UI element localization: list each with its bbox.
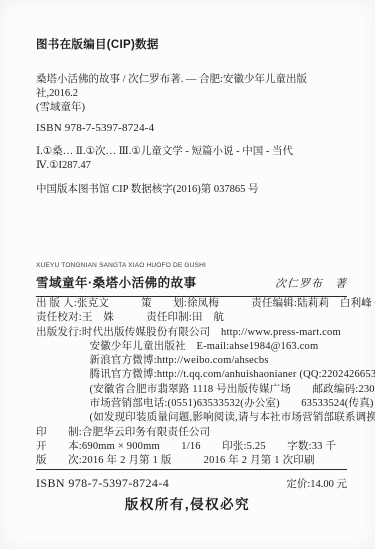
copyright-notice: 版权所有,侵权必究 (0, 493, 375, 513)
cip-block: 图书在版编目(CIP)数据 桑塔小活佛的故事 / 次仁罗布著. — 合肥:安徽少… (36, 36, 347, 197)
cip-header: 图书在版编目(CIP)数据 (36, 36, 347, 52)
colophon-line-publishing-house: 出版发行:时代出版传媒股份有限公司 http://www.press-mart.… (36, 326, 347, 340)
book-title: 雪域童年·桑塔小活佛的故事 (36, 273, 197, 291)
colophon-line-weibo: 新浪官方微博:http://weibo.com/ahsecbs (36, 354, 347, 368)
colophon-line-address: (安徽省合肥市翡翠路 1118 号出版传媒广场 邮政编码:230071) (36, 383, 347, 397)
colophon-line-printing-company: 印 制:合肥华云印务有限责任公司 (36, 426, 347, 440)
colophon-line-proofreader-printer: 责任校对:王 姝 责任印制:田 航 (36, 311, 347, 325)
footer-row: ISBN 978-7-5397-8724-4 定价:14.00 元 (36, 476, 347, 491)
title-block: XUEYU TONGNIAN SANGTA XIAO HUOFO DE GUSH… (36, 262, 347, 297)
book-copyright-page: 图书在版编目(CIP)数据 桑塔小活佛的故事 / 次仁罗布著. — 合肥:安徽少… (0, 0, 375, 549)
divider-bottom (36, 469, 347, 470)
cip-isbn: ISBN 978-7-5397-8724-4 (36, 121, 347, 135)
author-name: 次仁罗布 著 (275, 275, 347, 291)
colophon-line-tencent-weibo: 腾讯官方微博:http://t.qq.com/anhuishaonianer (… (36, 368, 347, 382)
colophon-line-quality-note: (如发现印装质量问题,影响阅读,请与本社市场营销部联系调换) (36, 411, 347, 425)
colophon-line-publisher-editors: 出 版 人:张克文 策 划:徐凤梅 责任编辑:陆莉莉 白利峰 (36, 297, 347, 311)
cip-classification: Ⅰ.①桑… Ⅱ.①次… Ⅲ.①儿童文学 - 短篇小说 - 中国 - 当代 Ⅳ.①… (36, 145, 347, 173)
cip-series-title: (雪域童年) (36, 101, 347, 115)
colophon-line-edition: 版 次:2016 年 2 月第 1 版 2016 年 2 月第 1 次印刷 (36, 454, 347, 468)
colophon-line-format: 开 本:690mm × 900mm 1/16 印张:5.25 字数:33 千 (36, 440, 347, 454)
footer-isbn: ISBN 978-7-5397-8724-4 (36, 476, 169, 491)
colophon-block: 出 版 人:张克文 策 划:徐凤梅 责任编辑:陆莉莉 白利峰 责任校对:王 姝 … (36, 297, 347, 469)
title-row: 雪域童年·桑塔小活佛的故事 次仁罗布 著 (36, 273, 347, 291)
cip-record-number: 中国版本图书馆 CIP 数据核字(2016)第 037865 号 (36, 183, 347, 197)
cip-description: 桑塔小活佛的故事 / 次仁罗布著. — 合肥:安徽少年儿童出版社,2016.2 (36, 73, 347, 101)
colophon-line-email: 安徽少年儿童出版社 E-mail:ahse1984@163.com (36, 340, 347, 354)
title-pinyin: XUEYU TONGNIAN SANGTA XIAO HUOFO DE GUSH… (36, 262, 347, 270)
colophon-line-marketing-phone: 市场营销部电话:(0551)63533532(办公室) 63533524(传真) (36, 397, 347, 411)
price-label: 定价:14.00 元 (286, 476, 347, 491)
